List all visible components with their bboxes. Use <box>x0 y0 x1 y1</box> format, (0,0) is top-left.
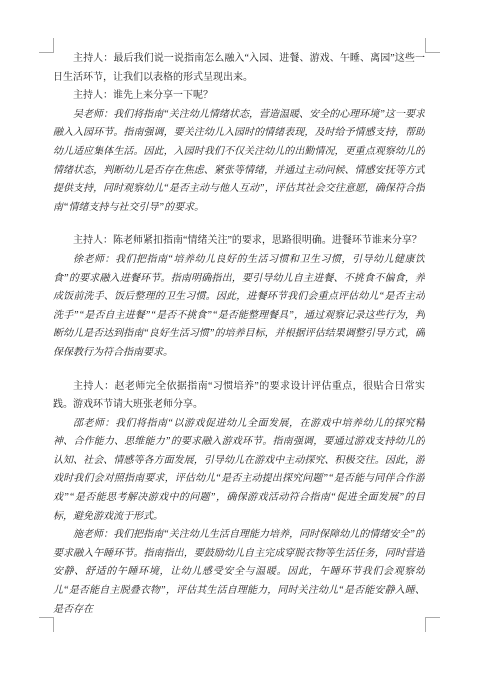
dialogue-paragraph: 徐老师：我们把指南“培养幼儿良好的生活习惯和卫生习惯，引导幼儿健康饮食”的要求融… <box>53 251 425 363</box>
crop-mark-top-right <box>425 38 440 53</box>
dialogue-paragraph: 主持人：谁先上来分享一下呢？ <box>53 87 425 106</box>
crop-mark-bottom-right <box>425 617 440 632</box>
dialogue-paragraph: 邵老师：我们将指南“以游戏促进幼儿全面发展，在游戏中培养幼儿的探究精神、合作能力… <box>53 415 425 527</box>
document-page: 主持人：最后我们说一说指南怎么融入“入园、进餐、游戏、午睡、离园”这些一日生活环… <box>0 0 478 676</box>
dialogue-paragraph: 主持人：赵老师完全依据指南“习惯培养”的要求设计评估重点，很贴合日常实践。游戏环… <box>53 378 425 415</box>
crop-mark-top-left <box>39 38 54 53</box>
dialogue-paragraph: 吴老师：我们将指南“关注幼儿情绪状态，营造温暖、安全的心理环境”这一要求融入入园… <box>53 106 425 218</box>
dialogue-paragraph: 施老师：我们把指南“关注幼儿生活自理能力培养，同时保障幼儿的情绪安全”的要求融入… <box>53 526 425 617</box>
crop-mark-bottom-left <box>39 617 54 632</box>
dialogue-paragraph: 主持人：陈老师紧扣指南“情绪关注”的要求，思路很明确。进餐环节谁来分享？ <box>53 232 425 251</box>
dialogue-paragraph: 主持人：最后我们说一说指南怎么融入“入园、进餐、游戏、午睡、离园”这些一日生活环… <box>53 50 425 87</box>
document-text-area: 主持人：最后我们说一说指南怎么融入“入园、进餐、游戏、午睡、离园”这些一日生活环… <box>53 50 425 617</box>
